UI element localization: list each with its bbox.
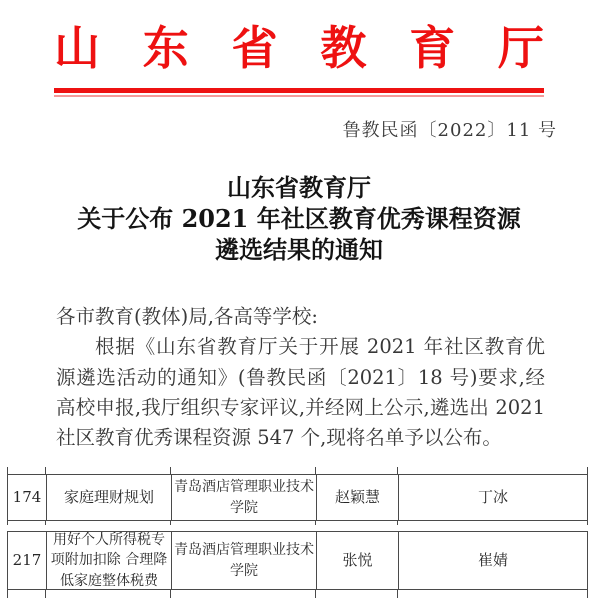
table-cutoff-stub-line <box>7 467 8 474</box>
table-cutoff-stub-line <box>45 589 46 598</box>
table-cell-course-name: 家庭理财规划 <box>46 475 171 520</box>
table-cutoff-stub-line <box>397 520 398 525</box>
table-cutoff-stub-line <box>587 467 588 474</box>
table-cutoff-stub-line <box>315 467 316 474</box>
document-page: 山 东 省 教 育 厅 鲁教民函〔2022〕11 号 山东省教育厅 关于公布 2… <box>0 0 598 598</box>
table-cutoff-stub-line <box>397 467 398 474</box>
table-cell-course-name: 用好个人所得税专项附加扣除 合理降低家庭整体税费 <box>46 532 171 589</box>
paragraph-line: 高校申报,我厅组织专家评议,并经网上公示,遴选出 2021 年 <box>56 393 545 423</box>
table-cell-person-2: 丁冰 <box>398 475 587 520</box>
table-cell-institution: 青岛酒店管理职业技术学院 <box>171 532 316 589</box>
table-cell-person-1: 赵颖慧 <box>316 475 398 520</box>
notice-body: 各市教育(教体)局,各高等学校: 根据《山东省教育厅关于开展 2021 年社区教… <box>56 302 545 453</box>
salutation-line: 各市教育(教体)局,各高等学校: <box>56 302 545 332</box>
table-cell-serial-number: 174 <box>8 475 46 520</box>
table-cell-person-2: 崔婧 <box>398 532 587 589</box>
notice-title: 山东省教育厅 关于公布 2021 年社区教育优秀课程资源 遴选结果的通知 <box>0 172 598 265</box>
table-cell-person-1: 张悦 <box>316 532 398 589</box>
table-cutoff-stub-line <box>7 589 8 598</box>
table-cutoff-stub-line <box>170 520 171 525</box>
notice-title-line-3: 遴选结果的通知 <box>0 234 598 265</box>
table-cutoff-stub-line <box>587 589 588 598</box>
paragraph-line: 根据《山东省教育厅关于开展 2021 年社区教育优秀课程资 <box>56 332 545 362</box>
table-cutoff-stub-line <box>170 589 171 598</box>
letterhead-divider-line <box>54 88 544 97</box>
paragraph-line: 源遴选活动的通知》(鲁教民函〔2021〕18 号)要求,经各市、 <box>56 363 545 393</box>
table-cell-institution: 青岛酒店管理职业技术学院 <box>171 475 316 520</box>
table-cutoff-stub-line <box>587 520 588 525</box>
table-row: 174 家庭理财规划 青岛酒店管理职业技术学院 赵颖慧 丁冰 <box>7 474 588 521</box>
table-cell-serial-number: 217 <box>8 532 46 589</box>
table-row: 217 用好个人所得税专项附加扣除 合理降低家庭整体税费 青岛酒店管理职业技术学… <box>7 531 588 590</box>
table-cutoff-stub-line <box>315 520 316 525</box>
table-cutoff-stub-line <box>397 589 398 598</box>
notice-title-line-1: 山东省教育厅 <box>0 172 598 203</box>
agency-letterhead-title: 山 东 省 教 育 厅 <box>54 20 544 76</box>
table-cutoff-stub-line <box>45 520 46 525</box>
table-cutoff-stub-line <box>315 589 316 598</box>
notice-title-line-2: 关于公布 2021 年社区教育优秀课程资源 <box>0 203 598 234</box>
table-cutoff-stub-line <box>170 467 171 474</box>
document-number: 鲁教民函〔2022〕11 号 <box>343 116 557 142</box>
table-cutoff-stub-line <box>45 467 46 474</box>
paragraph-line: 社区教育优秀课程资源 547 个,现将名单予以公布。 <box>56 423 545 453</box>
table-cutoff-stub-line <box>7 520 8 525</box>
